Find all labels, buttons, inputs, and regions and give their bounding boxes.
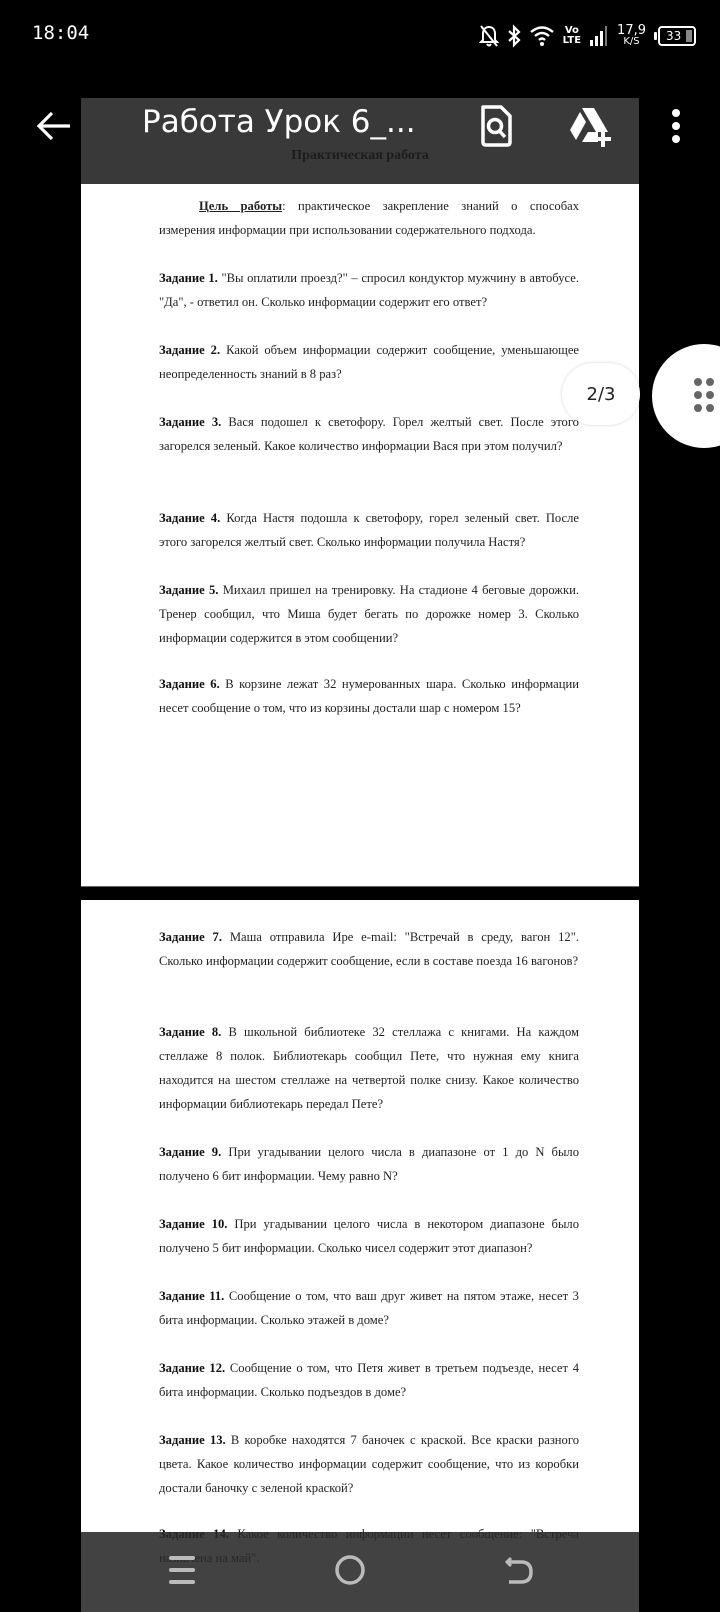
bluetooth-icon [507, 24, 521, 48]
document-page-2[interactable]: Задание 7. Маша отправила Ире e-mail: "В… [81, 900, 639, 1612]
volte-icon: VoLTE [563, 26, 581, 46]
wifi-icon [529, 24, 555, 48]
bell-off-icon [479, 24, 499, 48]
back-button[interactable] [36, 110, 72, 142]
battery-nub [654, 32, 657, 40]
task-3: Задание 3. Вася подошел к светофору. Гор… [159, 410, 579, 458]
task-9: Задание 9. При угадывании целого числа в… [159, 1140, 579, 1188]
more-options-button[interactable] [664, 106, 688, 146]
system-back-button[interactable] [501, 1550, 541, 1590]
status-bar: 18:04 VoLTE 17,9K/S 33 [0, 0, 720, 70]
status-time: 18:04 [32, 22, 89, 44]
task-4: Задание 4. Когда Настя подошла к светофо… [159, 506, 579, 554]
task-12: Задание 12. Сообщение о том, что Петя жи… [159, 1356, 579, 1404]
task-8: Задание 8. В школьной библиотеке 32 стел… [159, 1020, 579, 1116]
goal-paragraph: Цель работы: практическое закрепление зн… [159, 194, 579, 242]
task-11: Задание 11. Сообщение о том, что ваш дру… [159, 1284, 579, 1332]
more-vert-icon [664, 106, 688, 146]
fast-scroll-handle[interactable] [652, 344, 720, 448]
task-2: Задание 2. Какой объем информации содерж… [159, 338, 579, 386]
drag-handle-icon [693, 377, 715, 413]
page-indicator: 2/3 [562, 363, 640, 425]
task-10: Задание 10. При угадывании целого числа … [159, 1212, 579, 1260]
find-in-page-icon [478, 104, 514, 148]
document-name: Работа Урок 6_... [142, 104, 416, 140]
battery-icon: 33 [658, 26, 696, 46]
arrow-left-icon [36, 110, 72, 142]
battery-level: 33 [666, 29, 681, 43]
speed-indicator: 17,9K/S [617, 26, 646, 47]
status-icons: VoLTE 17,9K/S 33 [479, 22, 696, 50]
back-icon [501, 1550, 541, 1590]
navigation-bar [81, 1532, 639, 1612]
recents-button[interactable] [163, 1550, 203, 1590]
document-page-1[interactable]: Практическая работа Цель работы: практич… [81, 98, 639, 887]
task-5: Задание 5. Михаил пришел на тренировку. … [159, 578, 579, 650]
task-6: Задание 6. В корзине лежат 32 нумерованн… [159, 672, 579, 720]
home-icon [331, 1550, 371, 1590]
task-13: Задание 13. В коробке находятся 7 баноче… [159, 1428, 579, 1500]
find-in-page-button[interactable] [478, 104, 514, 148]
task-1: Задание 1. "Вы оплатили проезд?" – спрос… [159, 266, 579, 314]
home-button[interactable] [331, 1550, 371, 1590]
add-to-drive-icon [568, 106, 616, 148]
task-7: Задание 7. Маша отправила Ире e-mail: "В… [159, 925, 579, 973]
signal-icon [589, 25, 609, 47]
add-to-drive-button[interactable] [568, 106, 616, 148]
recents-icon [163, 1550, 203, 1590]
app-toolbar: Работа Урок 6_... [0, 96, 720, 158]
